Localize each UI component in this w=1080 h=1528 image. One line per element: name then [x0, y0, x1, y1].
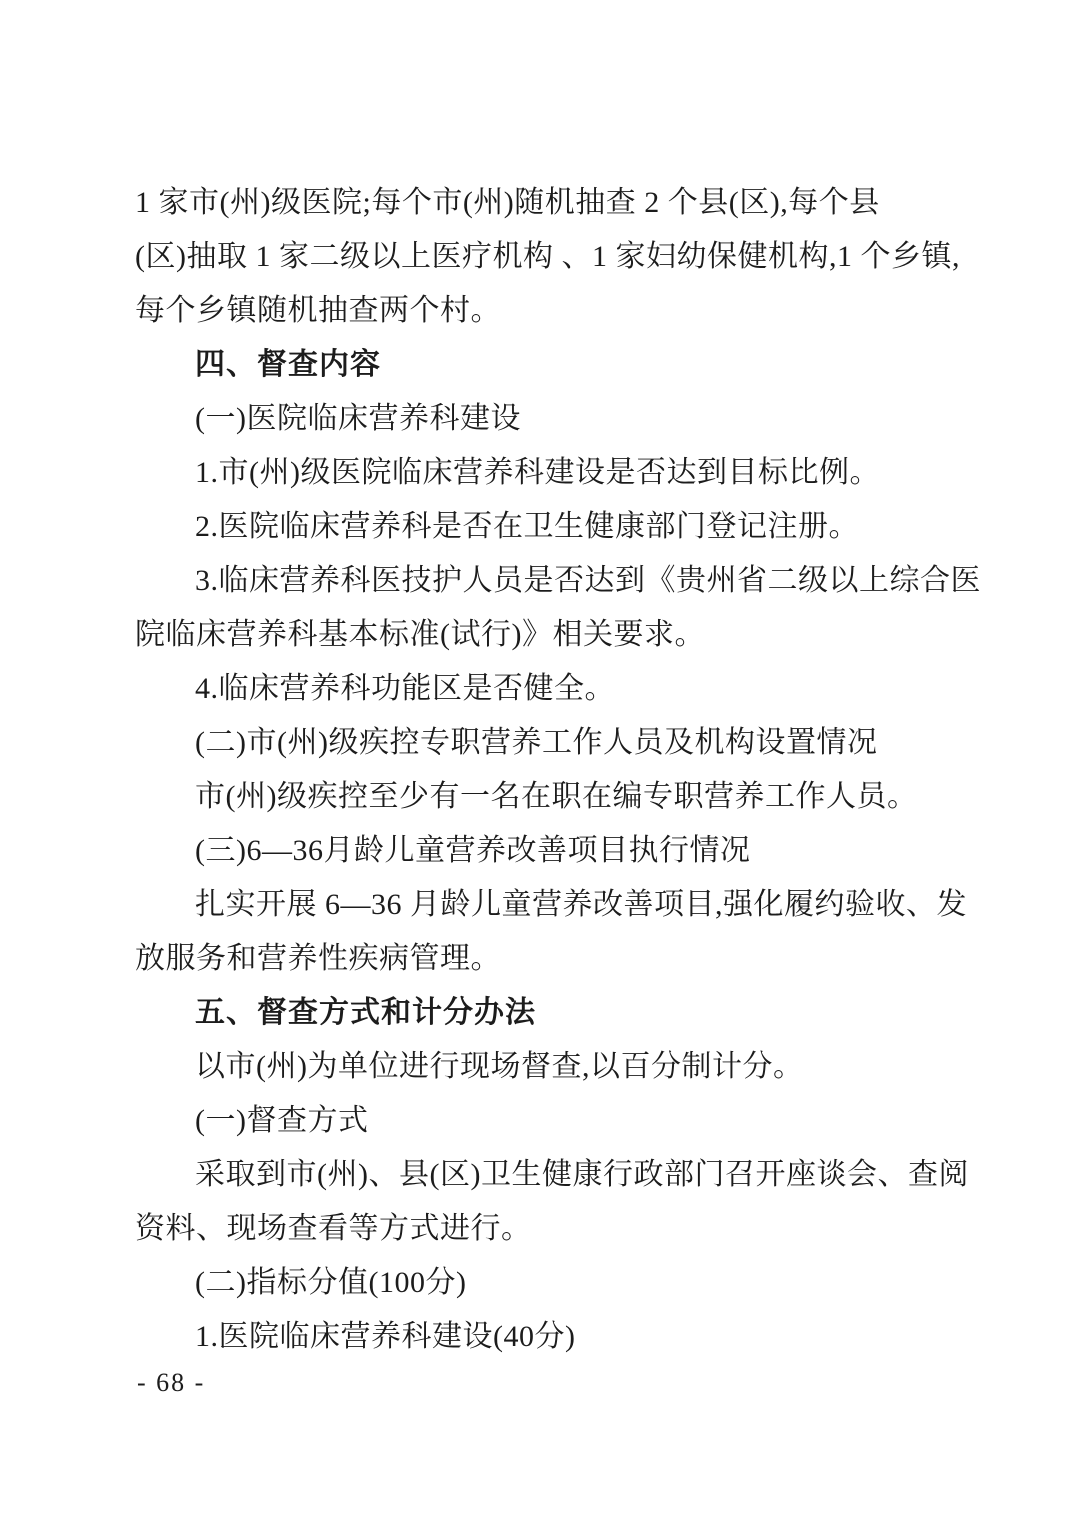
text-line: 1.医院临床营养科建设(40分) — [135, 1310, 947, 1364]
text-line: 以市(州)为单位进行现场督查,以百分制计分。 — [135, 1040, 947, 1094]
text-line: 四、督查内容 — [135, 338, 947, 392]
text-line: 扎实开展 6—36 月龄儿童营养改善项目,强化履约验收、发 — [135, 878, 947, 932]
text-line: 2.医院临床营养科是否在卫生健康部门登记注册。 — [135, 500, 947, 554]
text-line: (二)市(州)级疾控专职营养工作人员及机构设置情况 — [135, 716, 947, 770]
text-line: 五、督查方式和计分办法 — [135, 986, 947, 1040]
text-line: 市(州)级疾控至少有一名在职在编专职营养工作人员。 — [135, 770, 947, 824]
text-line: (一)督查方式 — [135, 1094, 947, 1148]
document-page: 1 家市(州)级医院;每个市(州)随机抽查 2 个县(区),每个县(区)抽取 1… — [0, 0, 1080, 1528]
text-line: (二)指标分值(100分) — [135, 1256, 947, 1310]
text-line: 放服务和营养性疾病管理。 — [135, 932, 947, 986]
text-line: 每个乡镇随机抽查两个村。 — [135, 284, 947, 338]
text-line: (区)抽取 1 家二级以上医疗机构 、1 家妇幼保健机构,1 个乡镇, — [135, 230, 947, 284]
text-line: (一)医院临床营养科建设 — [135, 392, 947, 446]
text-line: 院临床营养科基本标准(试行)》相关要求。 — [135, 608, 947, 662]
page-number: - 68 - — [137, 1368, 205, 1398]
text-line: 资料、现场查看等方式进行。 — [135, 1202, 947, 1256]
text-line: 3.临床营养科医技护人员是否达到《贵州省二级以上综合医 — [135, 554, 947, 608]
text-line: 4.临床营养科功能区是否健全。 — [135, 662, 947, 716]
text-line: 采取到市(州)、县(区)卫生健康行政部门召开座谈会、查阅 — [135, 1148, 947, 1202]
text-line: 1.市(州)级医院临床营养科建设是否达到目标比例。 — [135, 446, 947, 500]
document-content: 1 家市(州)级医院;每个市(州)随机抽查 2 个县(区),每个县(区)抽取 1… — [135, 176, 947, 1364]
text-line: 1 家市(州)级医院;每个市(州)随机抽查 2 个县(区),每个县 — [135, 176, 947, 230]
text-line: (三)6—36月龄儿童营养改善项目执行情况 — [135, 824, 947, 878]
